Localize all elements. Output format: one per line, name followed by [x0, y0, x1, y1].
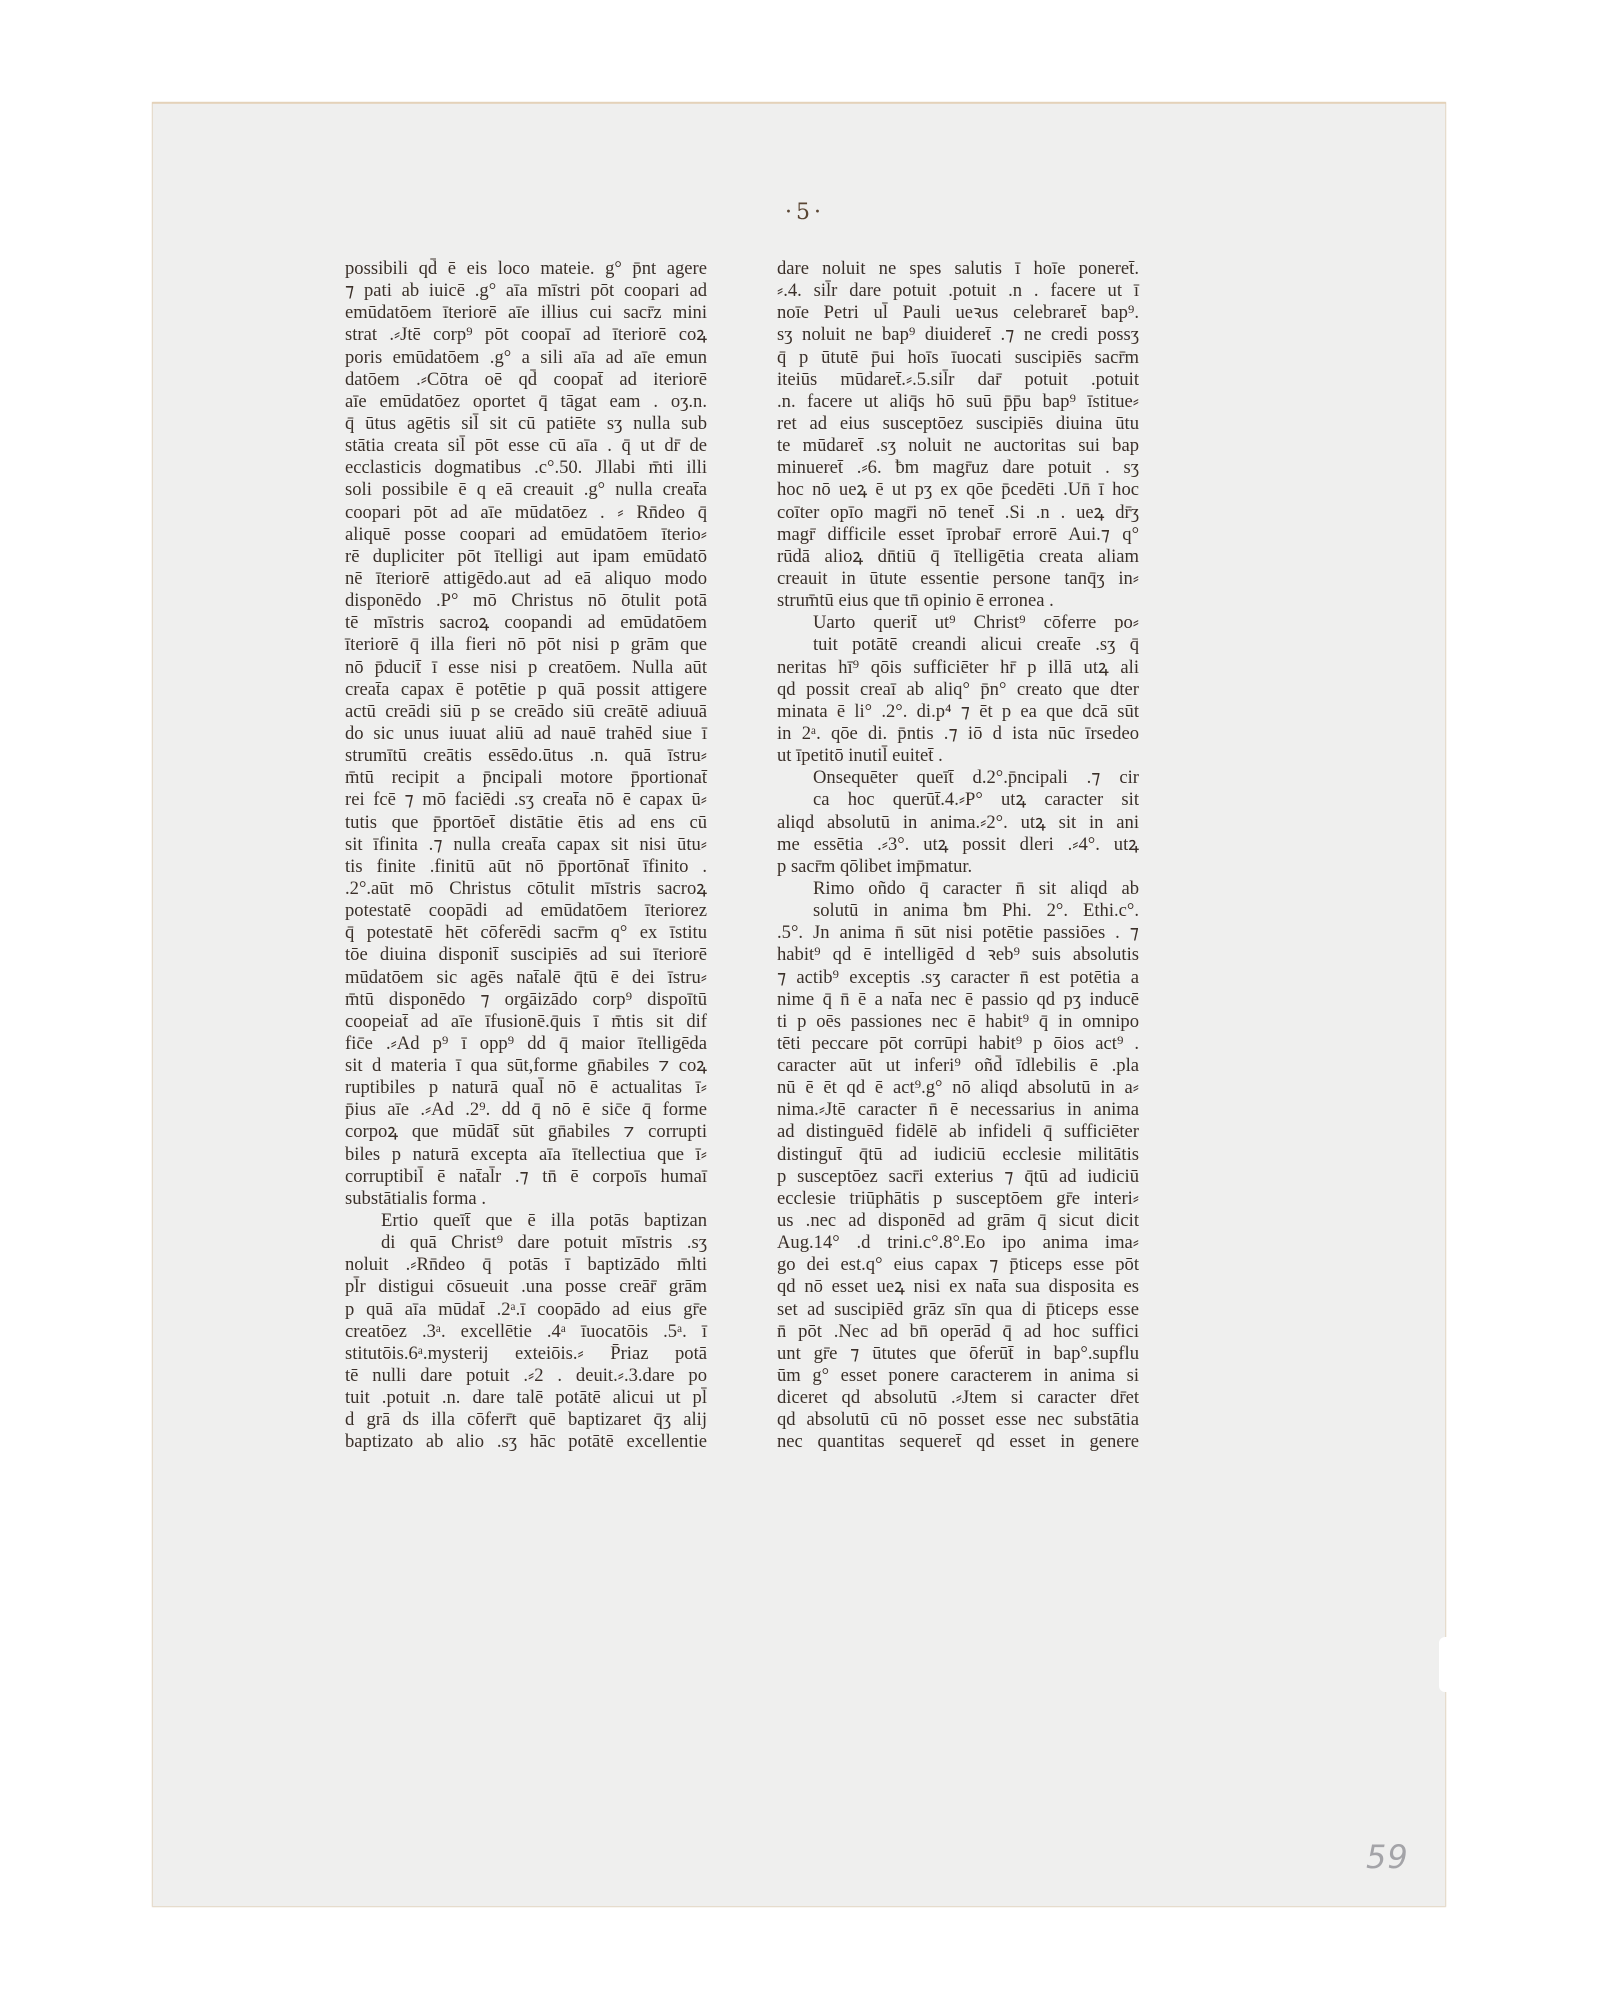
text-line: ⸗.4. sil̄r dare potuit .potuit .n . face… — [777, 280, 1139, 302]
text-line: rē dupliciter pōt ītelligi aut ipam emūd… — [345, 546, 707, 568]
text-line: q̄ p ūtutē p̄ui hoīs īuocati suscipiēs s… — [777, 347, 1139, 369]
text-line: soli possibile ē q eā creauit .g° nulla … — [345, 479, 707, 501]
text-line: qd possit creaī ab aliq° p̄n° creato que… — [777, 679, 1139, 701]
text-line: diceret qd absolutū .⸗Jtem si caracter d… — [777, 1387, 1139, 1409]
text-line: caracter aūt ut inferi⁹ oñd̄ īdlebilis ē… — [777, 1055, 1139, 1077]
text-line: p susceptōez sacr̄i exterius ⁊ q̄tū ad i… — [777, 1166, 1139, 1188]
text-line: actū creādi siū p se creādo siū creātē a… — [345, 701, 707, 723]
text-line: qd absolutū cū nō posset esse nec substā… — [777, 1409, 1139, 1431]
text-line: coopari pōt ad aīe mūdatōez . ⸗ Rn̄deo q… — [345, 502, 707, 524]
text-line: coīter opīo magr̄i nō tenet̄ .Si .n . ue… — [777, 502, 1139, 524]
text-line: tōe diuina disponit̄ suscipiēs ad sui īt… — [345, 944, 707, 966]
text-line: emūdatōem īteriorē aīe illius cui sacr̄z… — [345, 302, 707, 324]
text-line: sit d materia ī qua sūt,forme gn̄abiles … — [345, 1055, 707, 1077]
text-line: stitutōis.6ᵃ.mysterij exteiōis.⸗ P̄riaz … — [345, 1343, 707, 1365]
text-line: iteiūs mūdaret̄.⸗.5.sil̄r dar̄ potuit .p… — [777, 369, 1139, 391]
text-line: datōem .⸗Cōtra oē qd̄ coopat̄ ad iterior… — [345, 369, 707, 391]
text-line: ruptibiles p naturā qual̄ nō ē actualita… — [345, 1077, 707, 1099]
text-line: p quā aīa mūdat̄ .2ᵃ.ī coopādo ad eius g… — [345, 1299, 707, 1321]
text-line: strat .⸗Jtē corp⁹ pōt coopaī ad īteriorē… — [345, 324, 707, 346]
text-line: ⁊ pati ab iuicē .g° aīa mīstri pōt coopa… — [345, 280, 707, 302]
text-line: magr̄ difficile esset īprobar̄ errorē Au… — [777, 524, 1139, 546]
text-line: sʒ noluit ne bap⁹ diuideret̄ .⁊ ne credi… — [777, 324, 1139, 346]
text-line: noīe Petri ul̄ Pauli ueꝛus celebraret̄ b… — [777, 302, 1139, 324]
text-line: q̄ potestatē hēt cōferēdi sacr̄m q° ex ī… — [345, 922, 707, 944]
text-line: nima.⸗Jtē caracter n̄ ē necessarius in a… — [777, 1099, 1139, 1121]
text-line: nec quantitas sequeret̄ qd esset in gene… — [777, 1431, 1139, 1453]
text-line: go dei est.q° eius capax ⁊ p̄ticeps esse… — [777, 1254, 1139, 1276]
text-line: n̄ pōt .Nec ad bn̄ operād q̄ ad hoc suff… — [777, 1321, 1139, 1343]
text-line: ca hoc querūt̄.4.⸗P° utꝝ caracter sit — [777, 789, 1139, 811]
text-line: nē īteriorē attigēdo.aut ad eā aliquo mo… — [345, 568, 707, 590]
right-text-column: dare noluit ne spes salutis ī hoīe poner… — [777, 258, 1139, 1454]
text-line: m̄tū recipit a p̄ncipali motore p̄portio… — [345, 767, 707, 789]
text-line: ad distinguēd fidēlē ab infideli q̄ suff… — [777, 1121, 1139, 1143]
text-line: possibili qd̄ ē eis loco mateie. g° p̄nt… — [345, 258, 707, 280]
text-line: creat̄a capax ē potētie p quā possit att… — [345, 679, 707, 701]
text-line: aīe emūdatōez oportet q̄ tāgat eam . oʒ.… — [345, 391, 707, 413]
text-line: .5°. Jn anima n̄ sūt nisi potētie passiō… — [777, 922, 1139, 944]
text-line: coopeiat̄ ad aīe īfusionē.q̄uis ī m̄tis … — [345, 1011, 707, 1033]
text-line: rei fcē ⁊ mō faciēdi .sʒ creat̄a nō ē ca… — [345, 789, 707, 811]
text-line: q̄ ūtus agētis sil̄ sit cū patiēte sʒ nu… — [345, 413, 707, 435]
text-line: hoc nō ueꝝ ē ut pʒ ex qōe p̄cedēti .Un̄ … — [777, 479, 1139, 501]
text-line: di quā Christ⁹ dare potuit mīstris .sʒ — [345, 1232, 707, 1254]
text-line: m̄tū disponēdo ⁊ orgāizādo corp⁹ dispoīt… — [345, 989, 707, 1011]
text-line: do sic unus iuuat aliū ad nauē trahēd si… — [345, 723, 707, 745]
text-line: Aug.14° .d trini.c°.8°.Eo ipo anima ima⸗ — [777, 1232, 1139, 1254]
text-line: creatōez .3ᵃ. excellētie .4ᵃ īuocatōis .… — [345, 1321, 707, 1343]
text-line: corruptibil̄ ē nat̄al̄r .⁊ tn̄ ē corpoīs… — [345, 1166, 707, 1188]
pencil-page-number: 59 — [1366, 1838, 1409, 1876]
text-line: rūdā alioꝝ dn̄tiū q̄ ītelligētia creata … — [777, 546, 1139, 568]
text-line: .2°.aūt mō Christus cōtulit mīstris sacr… — [345, 878, 707, 900]
text-line: habit⁹ qd ē intelligēd d ꝛeb⁹ suis absol… — [777, 944, 1139, 966]
folio-mark: ·5· — [775, 200, 835, 225]
text-line: aliquē posse coopari ad emūdatōem īterio… — [345, 524, 707, 546]
text-line: Onsequēter queīt̄ d.2°.p̄ncipali .⁊ cir — [777, 767, 1139, 789]
text-line: te mūdaret̄ .sʒ noluit ne auctoritas sui… — [777, 435, 1139, 457]
text-line: baptizato ab alio .sʒ hāc potātē excelle… — [345, 1431, 707, 1453]
text-line: ecclesie triūphātis p susceptōem gr̄e in… — [777, 1188, 1139, 1210]
text-line: poris emūdatōem .g° a sili aīa ad aīe em… — [345, 347, 707, 369]
text-line: disponēdo .P° mō Christus nō ōtulit potā — [345, 590, 707, 612]
text-line: ti p oēs passiones nec ē habit⁹ q̄ in om… — [777, 1011, 1139, 1033]
text-line: potestatē coopādi ad emūdatōem īteriorez — [345, 900, 707, 922]
text-line: Uarto querit̄ ut⁹ Christ⁹ cōferre po⸗ — [777, 612, 1139, 634]
text-line: solutū in anima ƀm Phi. 2°. Ethi.c°. — [777, 900, 1139, 922]
text-line: neritas hī⁹ qōis sufficiēter hr̄ p illā … — [777, 657, 1139, 679]
text-line: tuit .potuit .n. dare talē potātē alicui… — [345, 1387, 707, 1409]
text-line: ret ad eius susceptōez suscipiēs diuina … — [777, 413, 1139, 435]
text-line: creauit in ūtute essentie persone tanq̄ʒ… — [777, 568, 1139, 590]
text-line: dare noluit ne spes salutis ī hoīe poner… — [777, 258, 1139, 280]
text-line: nū ē ēt qd ē act⁹.g° nō aliqd absolutū i… — [777, 1077, 1139, 1099]
text-line: fic̄e .⸗Ad p⁹ ī opp⁹ dd q̄ maior ītellig… — [345, 1033, 707, 1055]
text-line: pl̄r distigui cōsueuit .una posse creār̄… — [345, 1276, 707, 1298]
text-line: tis finite .finitū aūt nō p̄portōnat̄ īf… — [345, 856, 707, 878]
text-line: mūdatōem sic agēs nat̄alē q̄tū ē dei īst… — [345, 967, 707, 989]
text-line: set ad suscipiēd grāz sīn qua di p̄ticep… — [777, 1299, 1139, 1321]
left-text-column: possibili qd̄ ē eis loco mateie. g° p̄nt… — [345, 258, 707, 1454]
text-line: sit īfinita .⁊ nulla creat̄a capax sit n… — [345, 834, 707, 856]
text-line: unt gr̄e ⁊ ūtutes que ōferūt̄ in bap°.su… — [777, 1343, 1139, 1365]
text-line: substātialis forma . — [345, 1188, 707, 1210]
text-line: minata ē li° .2°. di.p⁴ ⁊ ēt p ea que dc… — [777, 701, 1139, 723]
text-line: aliqd absolutū in anima.⸗2°. utꝝ sit in … — [777, 812, 1139, 834]
text-line: ut īpetitō inutil̄ euitet̄ . — [777, 745, 1139, 767]
text-line: tutis que p̄portōet̄ distātie ētis ad en… — [345, 812, 707, 834]
text-line: ⁊ actib⁹ exceptis .sʒ caracter n̄ est po… — [777, 967, 1139, 989]
text-line: Ertio queīt̄ que ē illa potās baptizan — [345, 1210, 707, 1232]
text-line: nō p̄ducit̄ ī esse nisi p creatōem. Null… — [345, 657, 707, 679]
text-line: strum̄tū eius que tn̄ opinio ē erronea . — [777, 590, 1139, 612]
text-line: ecclasticis dogmatibus .c°.50. Jllabi m̄… — [345, 457, 707, 479]
text-line: tēti peccare pōt corrūpi habit⁹ p ōios a… — [777, 1033, 1139, 1055]
text-line: distingut̄ q̄tū ad iudiciū ecclesie mili… — [777, 1144, 1139, 1166]
text-line: minueret̄ .⸗6. ƀm magr̄uz dare potuit . … — [777, 457, 1139, 479]
text-line: d grā ds illa cōferr̄t quē baptizaret q̄… — [345, 1409, 707, 1431]
text-line: Rimo oñdo q̄ caracter n̄ sit aliqd ab — [777, 878, 1139, 900]
text-line: nime q̄ n̄ ē a nat̄a nec ē passio qd pʒ … — [777, 989, 1139, 1011]
text-line: stātia creata sil̄ pōt esse cū aīa . q̄ … — [345, 435, 707, 457]
text-line: tuit potātē creandi alicui creat̄e .sʒ q… — [777, 634, 1139, 656]
text-line: tē mīstris sacroꝝ coopandi ad emūdatōem — [345, 612, 707, 634]
text-line: tē nulli dare potuit .⸗2 . deuit.⸗.3.dar… — [345, 1365, 707, 1387]
text-line: p̄ius aīe .⸗Ad .2⁹. dd q̄ nō ē sic̄e q̄ … — [345, 1099, 707, 1121]
text-line: īteriorē q̄ illa fieri nō pōt nisi p grā… — [345, 634, 707, 656]
text-line: ūm g° esset ponere caracterem in anima s… — [777, 1365, 1139, 1387]
text-line: noluit .⸗Rn̄deo q̄ potās ī baptizādo m̄l… — [345, 1254, 707, 1276]
text-line: me essētia .⸗3°. utꝝ possit dleri .⸗4°. … — [777, 834, 1139, 856]
text-line: strumītū creātis essēdo.ūtus .n. quā īst… — [345, 745, 707, 767]
text-line: p sacr̄m qōlibet imp̄matur. — [777, 856, 1139, 878]
text-line: qd nō esset ueꝝ nisi ex nat̄a sua dispos… — [777, 1276, 1139, 1298]
text-line: biles p naturā excepta aīa ītellectiua q… — [345, 1144, 707, 1166]
text-line: .n. facere ut aliq̄s hō suū p̄p̄u bap⁹ ī… — [777, 391, 1139, 413]
text-line: us .nec ad disponēd ad grām q̄ sicut dic… — [777, 1210, 1139, 1232]
text-line: corpoꝝ que mūdāt̄ sūt gn̄abiles ⁊ corrup… — [345, 1121, 707, 1143]
page-edge-notch — [1439, 1637, 1449, 1692]
text-line: in 2ᵃ. qōe di. p̄ntis .⁊ iō d ista nūc ī… — [777, 723, 1139, 745]
